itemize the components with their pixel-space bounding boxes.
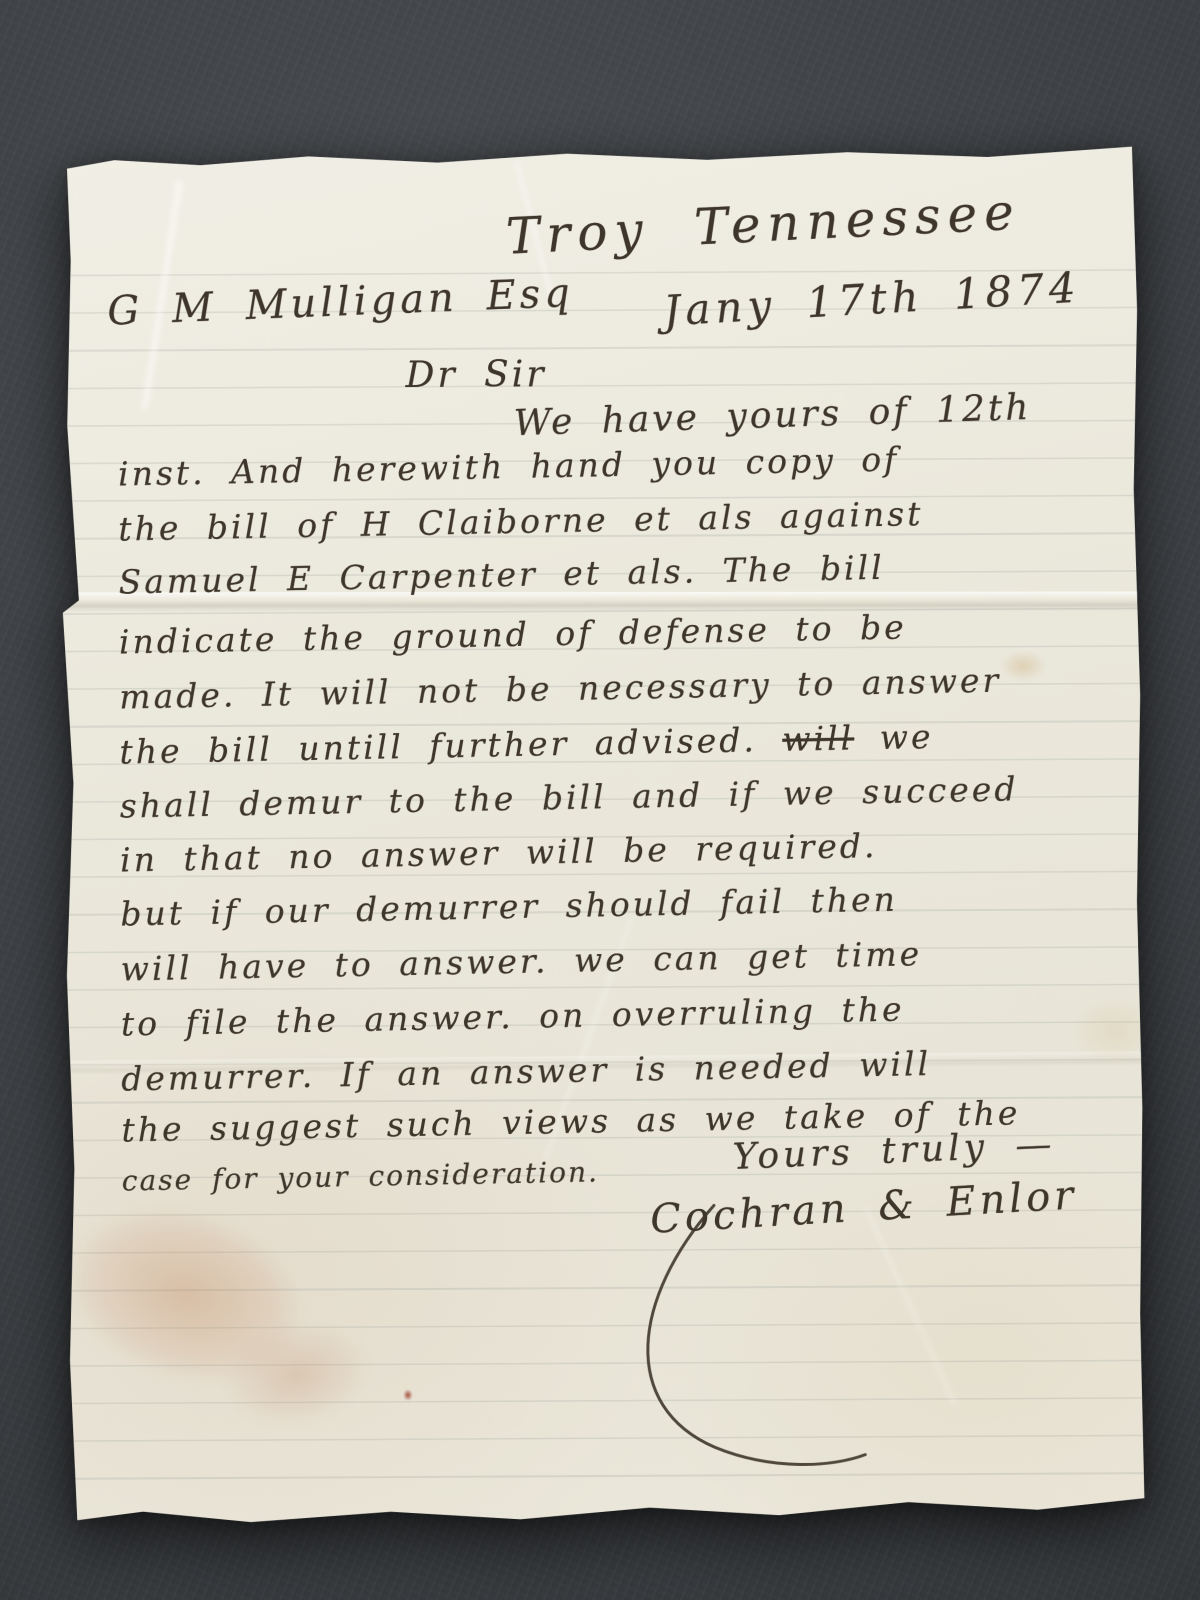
strikethrough-word: will (782, 718, 855, 758)
body-line-with-strike: the bill untill further advised. will we (119, 717, 934, 772)
photo-background: Troy Tennessee Jany 17th 1874 G M Mullig… (0, 0, 1200, 1600)
signature-line: Cochran & Enlor (649, 1172, 1079, 1243)
body-line: to file the answer. on overruling the (121, 989, 905, 1043)
body-line: will have to answer. we can get time (120, 934, 922, 988)
body-text: the bill untill further advised. (119, 720, 782, 772)
paper-sheet: Troy Tennessee Jany 17th 1874 G M Mullig… (60, 145, 1145, 1526)
salutation-line: Dr Sir (405, 354, 546, 396)
body-text: we (854, 717, 934, 758)
body-line: shall demur to the bill and if we succee… (119, 769, 1018, 825)
date-line: Jany 17th 1874 (663, 263, 1083, 336)
handwritten-text: Troy Tennessee Jany 17th 1874 G M Mullig… (60, 145, 1145, 1526)
letter-paper: Troy Tennessee Jany 17th 1874 G M Mullig… (60, 145, 1145, 1526)
addressee-line: G M Mulligan Esq (106, 270, 574, 335)
body-line: case for your consideration. (121, 1155, 599, 1197)
opening-line: We have yours of 12th (513, 387, 1032, 444)
body-line: the bill of H Claiborne et als against (118, 494, 924, 548)
body-line: but if our demurrer should fail then (120, 880, 898, 934)
body-line: inst. And herewith hand you copy of (118, 440, 900, 494)
body-line: demurrer. If an answer is needed will (121, 1044, 932, 1099)
place-line: Troy Tennessee (505, 183, 1022, 266)
body-line: Samuel E Carpenter et als. The bill (118, 548, 885, 602)
body-line: in that no answer will be required. (120, 826, 878, 880)
body-line: made. It will not be necessary to answer (119, 661, 1002, 717)
body-line: indicate the ground of defense to be (119, 607, 907, 661)
